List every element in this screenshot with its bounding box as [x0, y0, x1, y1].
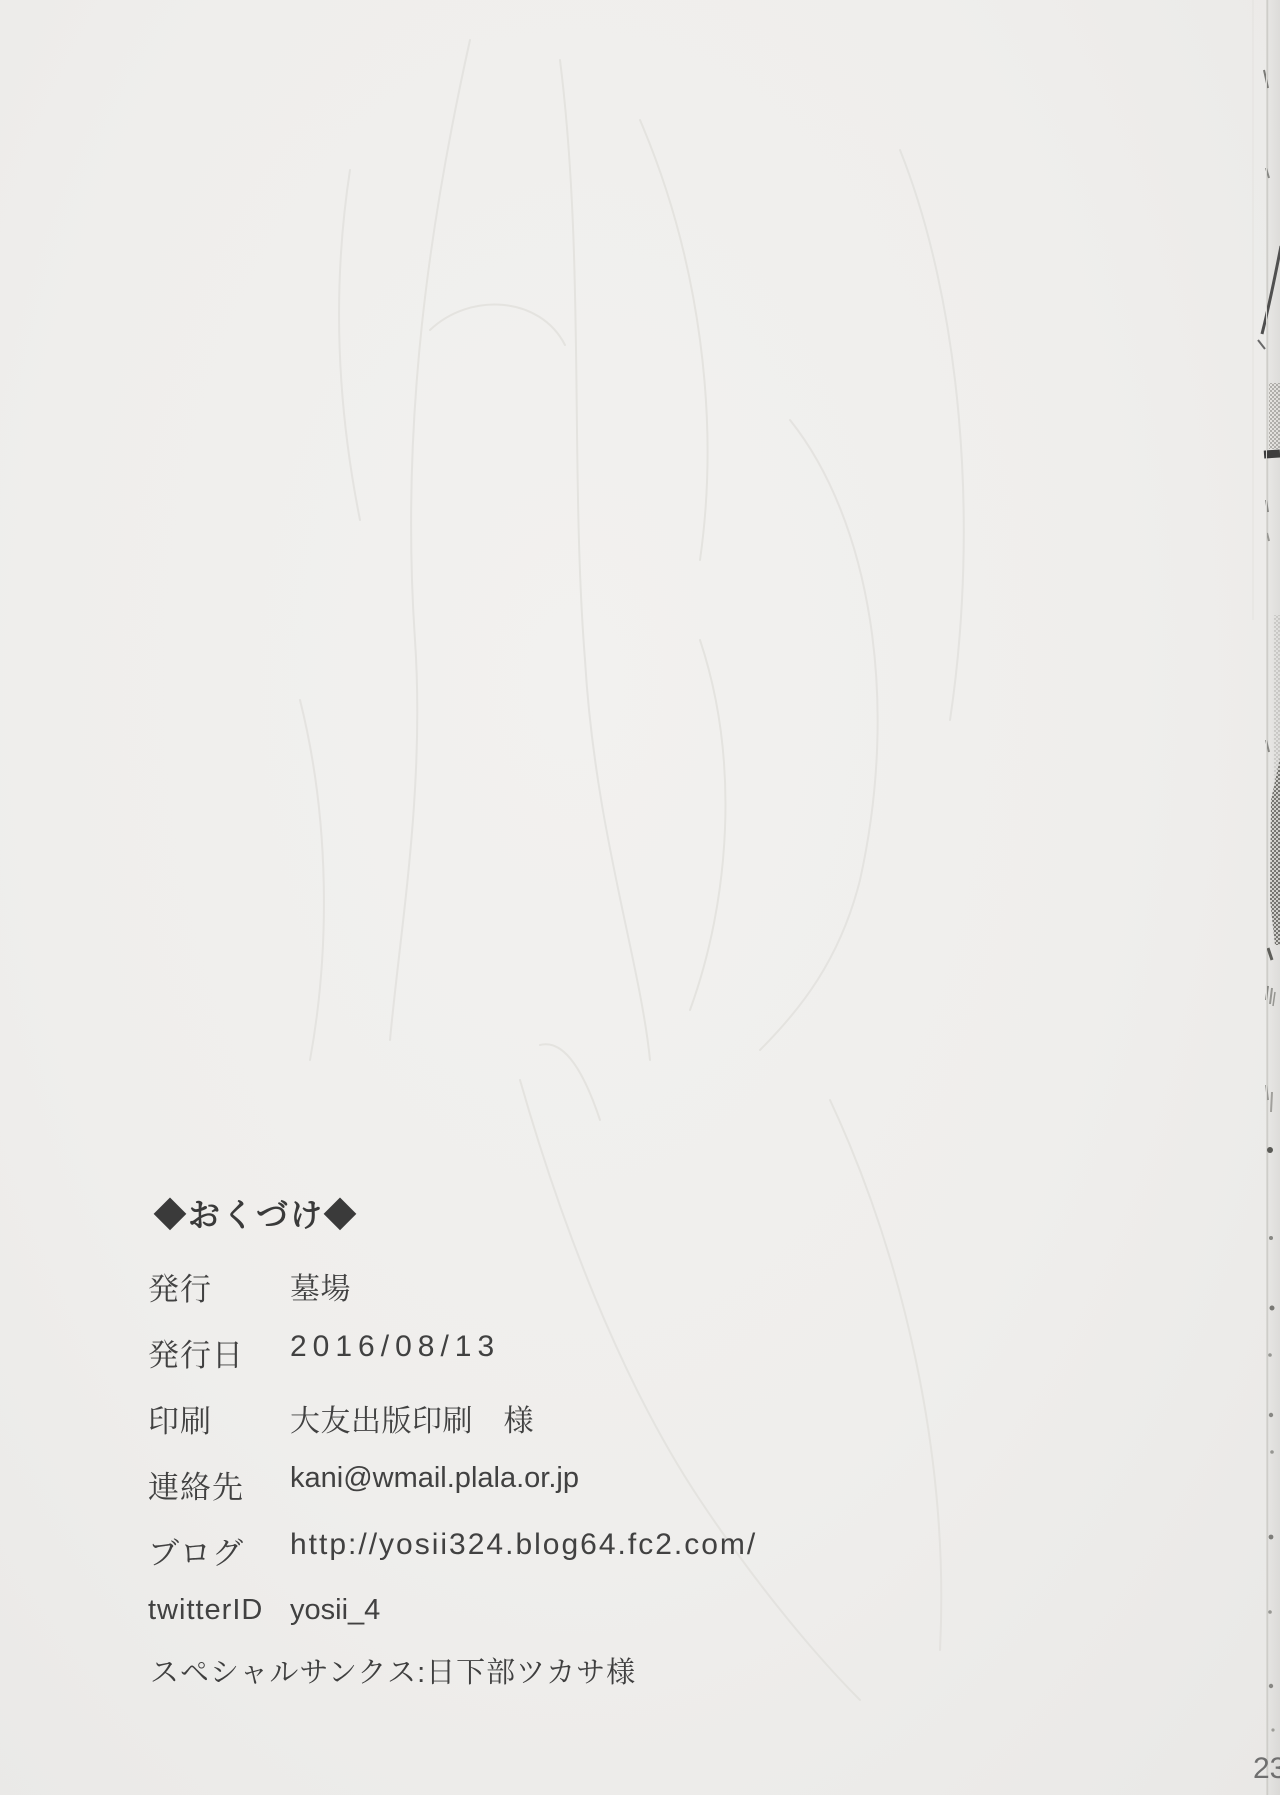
- blog-label: ブログ: [148, 1528, 290, 1573]
- colophon-row-publisher: 発行 墓場: [148, 1264, 908, 1330]
- printer-value: 大友出版印刷 様: [290, 1396, 534, 1440]
- scan-right-edge-strip: [1266, 0, 1280, 1795]
- colophon-row-contact: 連絡先 kani@wmail.plala.or.jp: [148, 1462, 908, 1528]
- blog-url-value: http://yosii324.blog64.fc2.com/: [290, 1528, 757, 1562]
- page-number: 23: [1253, 1752, 1280, 1786]
- colophon-rows: 発行 墓場 発行日 2016/08/13 印刷 大友出版印刷 様 連絡先 kan…: [148, 1264, 908, 1660]
- twitter-id-label: twitterID: [148, 1594, 290, 1627]
- publish-date-value: 2016/08/13: [290, 1330, 500, 1364]
- printer-label: 印刷: [148, 1396, 290, 1441]
- twitter-id-value: yosii_4: [290, 1594, 380, 1627]
- contact-email-value: kani@wmail.plala.or.jp: [290, 1462, 579, 1495]
- publish-date-label: 発行日: [148, 1330, 290, 1375]
- colophon-row-blog: ブログ http://yosii324.blog64.fc2.com/: [148, 1528, 908, 1594]
- publisher-value: 墓場: [290, 1264, 351, 1308]
- colophon-row-publish-date: 発行日 2016/08/13: [148, 1330, 908, 1396]
- colophon-title: ◆おくづけ◆: [154, 1190, 908, 1236]
- colophon-row-printer: 印刷 大友出版印刷 様: [148, 1396, 908, 1462]
- publisher-label: 発行: [148, 1264, 290, 1309]
- special-thanks-line: スペシャルサンクス:日下部ツカサ様: [150, 1650, 908, 1691]
- contact-label: 連絡先: [148, 1462, 290, 1507]
- colophon-block: ◆おくづけ◆ 発行 墓場 発行日 2016/08/13 印刷 大友出版印刷 様 …: [148, 1190, 908, 1691]
